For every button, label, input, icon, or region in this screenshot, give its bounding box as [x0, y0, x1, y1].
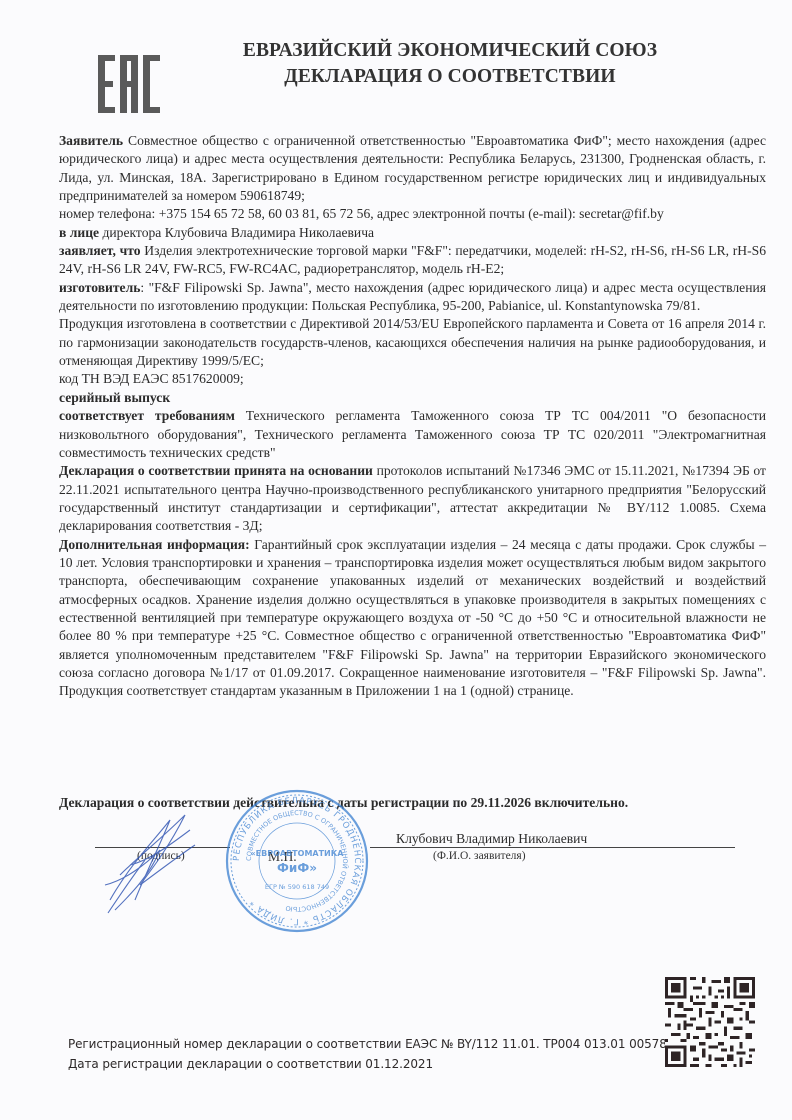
hs-code: код ТН ВЭД ЕАЭС 8517620009; — [59, 370, 766, 388]
svg-text:ЕГР № 590 618 749: ЕГР № 590 618 749 — [265, 883, 329, 891]
represented-by-text: директора Клубовича Владимира Николаевич… — [102, 225, 374, 240]
basis-paragraph: Декларация о соответствии принята на осн… — [59, 462, 766, 535]
svg-text:ФиФ»: ФиФ» — [277, 861, 317, 875]
additional-info-text: Гарантийный срок эксплуатации изделия – … — [59, 537, 766, 699]
registration-date: Дата регистрации декларации о соответств… — [68, 1054, 667, 1074]
handwritten-signature-icon — [100, 805, 210, 915]
basis-label: Декларация о соответствии принята на осн… — [59, 463, 373, 478]
compliance-label: соответствует требованиям — [59, 408, 235, 423]
applicant-contacts: номер телефона: +375 154 65 72 58, 60 03… — [59, 205, 766, 223]
applicant-text: Совместное общество с ограниченной ответ… — [59, 133, 766, 203]
signatory-name-caption: (Ф.И.О. заявителя) — [433, 850, 526, 862]
compliance-paragraph: соответствует требованиям Технического р… — [59, 407, 766, 462]
applicant-paragraph: Заявитель Совместное общество с ограниче… — [59, 132, 766, 205]
manufacturer-label: изготовитель — [59, 280, 140, 295]
represented-by-label: в лице — [59, 225, 99, 240]
production-type: серийный выпуск — [59, 389, 766, 407]
declares-text: Изделия электротехнические торговой марк… — [59, 243, 766, 276]
production-type-label: серийный выпуск — [59, 390, 170, 405]
document-header: ЕВРАЗИЙСКИЙ ЭКОНОМИЧЕСКИЙ СОЮЗ ДЕКЛАРАЦИ… — [150, 38, 750, 90]
declaration-body: Заявитель Совместное общество с ограниче… — [59, 132, 766, 701]
declares-label: заявляет, что — [59, 243, 141, 258]
name-line — [370, 847, 735, 848]
represented-by-paragraph: в лице директора Клубовича Владимира Ник… — [59, 224, 766, 242]
svg-text:«ЕВРОАВТОМАТИКА: «ЕВРОАВТОМАТИКА — [251, 849, 345, 858]
company-seal-icon: РЕСПУБЛИКА БЕЛАРУСЬ ГРОДНЕНСКАЯ ОБЛАСТЬ … — [222, 786, 372, 936]
registration-number: Регистрационный номер декларации о соотв… — [68, 1034, 667, 1054]
signatory-name: Клубович Владимир Николаевич — [396, 831, 587, 847]
applicant-label: Заявитель — [59, 133, 123, 148]
additional-info-label: Дополнительная информация: — [59, 537, 250, 552]
registration-footer: Регистрационный номер декларации о соотв… — [68, 1034, 667, 1074]
qr-code-icon[interactable] — [665, 977, 755, 1067]
manufacturer-text: : "F&F Filipowski Sp. Jawna", место нахо… — [59, 280, 766, 313]
header-declaration-title: ДЕКЛАРАЦИЯ О СООТВЕТСТВИИ — [150, 64, 750, 90]
declares-paragraph: заявляет, что Изделия электротехнические… — [59, 242, 766, 279]
directive-paragraph: Продукция изготовлена в соответствии с Д… — [59, 315, 766, 370]
additional-info-paragraph: Дополнительная информация: Гарантийный с… — [59, 536, 766, 701]
header-union-title: ЕВРАЗИЙСКИЙ ЭКОНОМИЧЕСКИЙ СОЮЗ — [150, 38, 750, 64]
manufacturer-paragraph: изготовитель: "F&F Filipowski Sp. Jawna"… — [59, 279, 766, 316]
